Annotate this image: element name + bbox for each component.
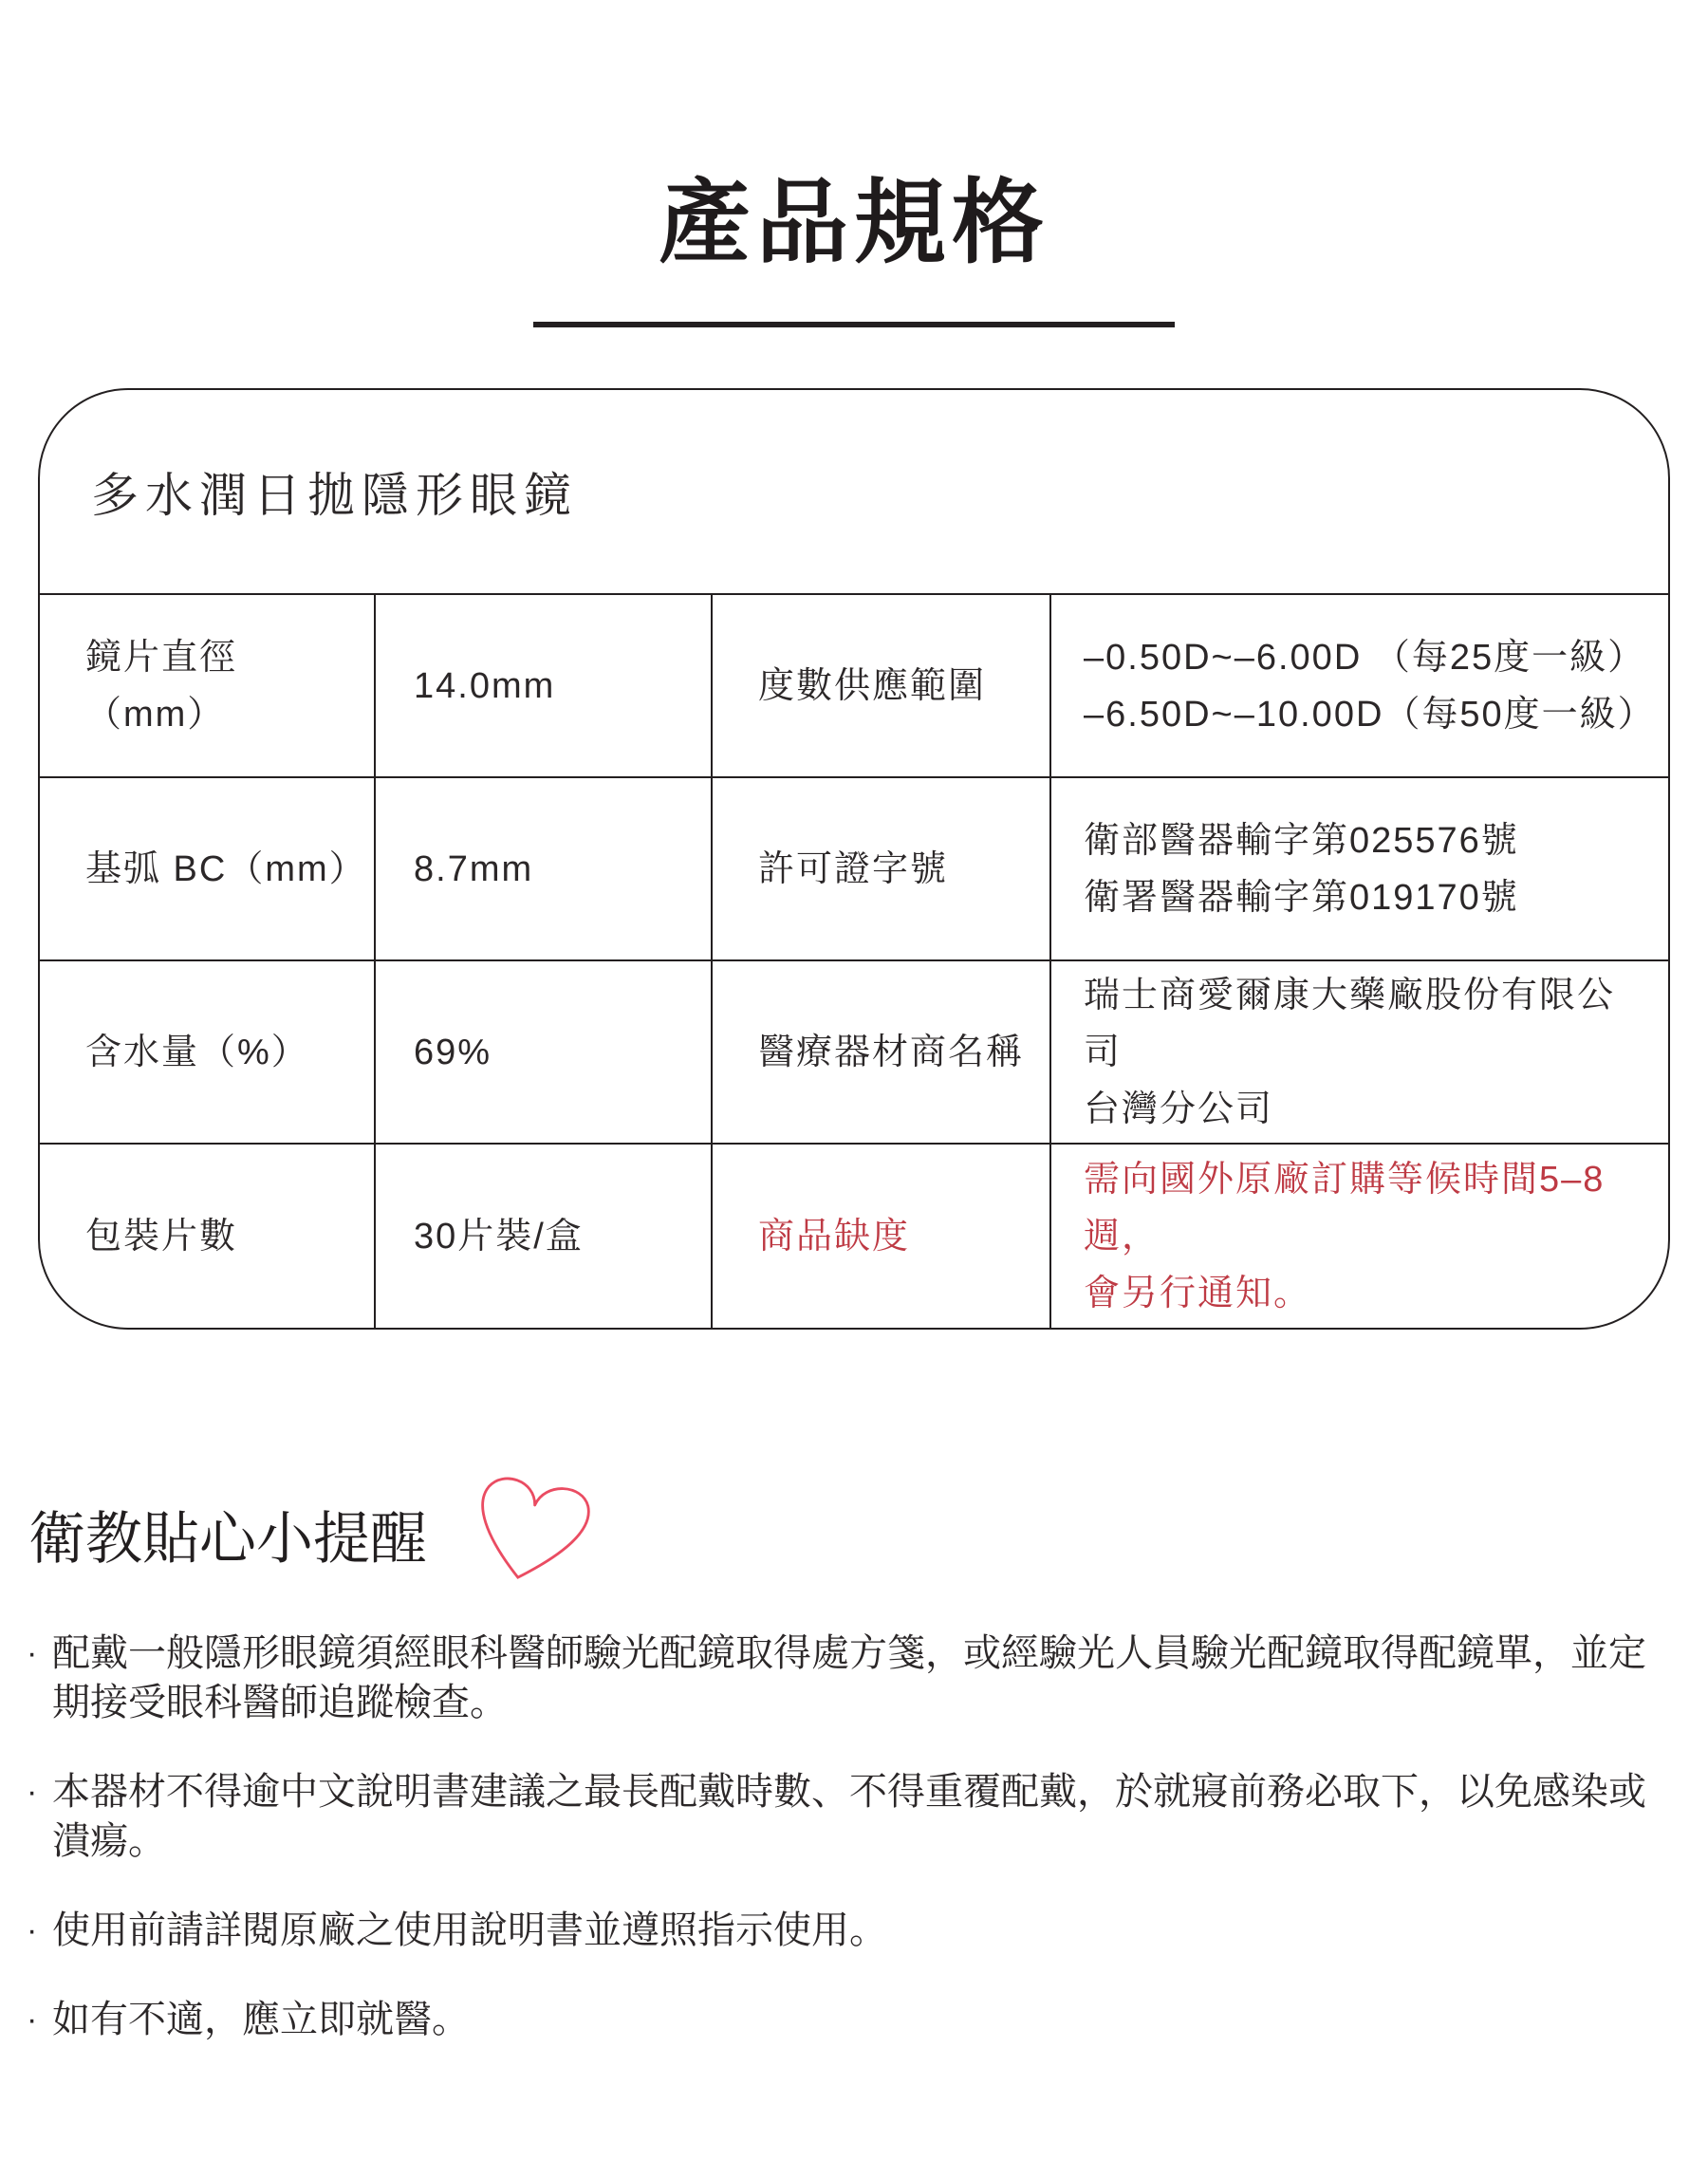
reminder-bullet-4: 如有不適，應立即就醫。 [52, 1995, 1670, 2044]
reminder-list: · 配戴一般隱形眼鏡須經眼科醫師驗光配鏡取得處方箋，或經驗光人員驗光配鏡取得配鏡… [27, 1629, 1670, 2044]
product-name: 多水潤日拋隱形眼鏡 [40, 390, 1668, 595]
vendor-name-line-2: 台灣分公司 [1084, 1081, 1649, 1138]
spec-grid: 鏡片直徑（mm） 14.0mm 度數供應範圍 –0.50D~–6.00D （每2… [40, 595, 1668, 1328]
lens-diameter-value: 14.0mm [376, 595, 713, 778]
shortage-note-line-2: 會另行通知。 [1084, 1265, 1649, 1322]
shortage-note: 需向國外原廠訂購等候時間5–8週， 會另行通知。 [1051, 1145, 1668, 1328]
license-number-label: 許可證字號 [713, 778, 1051, 961]
reminder-bullet-3: 使用前請詳閱原廠之使用說明書並遵照指示使用。 [52, 1906, 1670, 1955]
bullet-dot: · [27, 1767, 52, 1816]
product-spec-page: 產品規格 多水潤日拋隱形眼鏡 鏡片直徑（mm） 14.0mm 度數供應範圍 –0… [0, 177, 1708, 2044]
list-item: · 配戴一般隱形眼鏡須經眼科醫師驗光配鏡取得處方箋，或經驗光人員驗光配鏡取得配鏡… [27, 1629, 1670, 1727]
base-curve-label: 基弧 BC（mm） [40, 778, 376, 961]
list-item: · 本器材不得逾中文說明書建議之最長配戴時數、不得重覆配戴，於就寢前務必取下，以… [27, 1767, 1670, 1866]
list-item: · 使用前請詳閱原廠之使用說明書並遵照指示使用。 [27, 1906, 1670, 1955]
health-reminder-section: 衛教貼心小提醒 · 配戴一般隱形眼鏡須經眼科醫師驗光配鏡取得處方箋，或經驗光人員… [0, 1506, 1708, 2044]
page-title: 產品規格 [0, 177, 1708, 269]
power-range-label: 度數供應範圍 [713, 595, 1051, 778]
vendor-name-line-1: 瑞士商愛爾康大藥廠股份有限公司 [1084, 967, 1649, 1081]
bullet-dot: · [27, 1906, 52, 1955]
list-item: · 如有不適，應立即就醫。 [27, 1995, 1670, 2044]
vendor-name-value: 瑞士商愛爾康大藥廠股份有限公司 台灣分公司 [1051, 961, 1668, 1145]
pack-count-value: 30片裝/盒 [376, 1145, 713, 1328]
title-underline [533, 322, 1175, 327]
water-content-label: 含水量（%） [40, 961, 376, 1145]
spec-table: 多水潤日拋隱形眼鏡 鏡片直徑（mm） 14.0mm 度數供應範圍 –0.50D~… [38, 388, 1670, 1330]
shortage-label: 商品缺度 [713, 1145, 1051, 1328]
reminder-bullet-2: 本器材不得逾中文說明書建議之最長配戴時數、不得重覆配戴，於就寢前務必取下，以免感… [52, 1767, 1670, 1866]
reminder-heading: 衛教貼心小提醒 [28, 1506, 693, 1572]
vendor-name-label: 醫療器材商名稱 [713, 961, 1051, 1145]
power-range-line-1: –0.50D~–6.00D （每25度一級） [1084, 629, 1649, 686]
power-range-value: –0.50D~–6.00D （每25度一級） –6.50D~–10.00D（每5… [1051, 595, 1668, 778]
shortage-note-line-1: 需向國外原廠訂購等候時間5–8週， [1084, 1151, 1649, 1265]
bullet-dot: · [27, 1995, 52, 2044]
reminder-bullet-1: 配戴一般隱形眼鏡須經眼科醫師驗光配鏡取得處方箋，或經驗光人員驗光配鏡取得配鏡單，… [52, 1629, 1670, 1727]
base-curve-value: 8.7mm [376, 778, 713, 961]
license-number-value: 衛部醫器輸字第025576號 衛署醫器輸字第019170號 [1051, 778, 1668, 961]
reminder-heading-text: 衛教貼心小提醒 [28, 1507, 427, 1571]
bullet-dot: · [27, 1629, 52, 1678]
lens-diameter-label: 鏡片直徑（mm） [40, 595, 376, 778]
pack-count-label: 包裝片數 [40, 1145, 376, 1328]
water-content-value: 69% [376, 961, 713, 1145]
license-number-line-2: 衛署醫器輸字第019170號 [1084, 869, 1649, 926]
heart-outline-icon [457, 1461, 602, 1611]
license-number-line-1: 衛部醫器輸字第025576號 [1084, 812, 1649, 869]
power-range-line-2: –6.50D~–10.00D（每50度一級） [1084, 686, 1649, 743]
